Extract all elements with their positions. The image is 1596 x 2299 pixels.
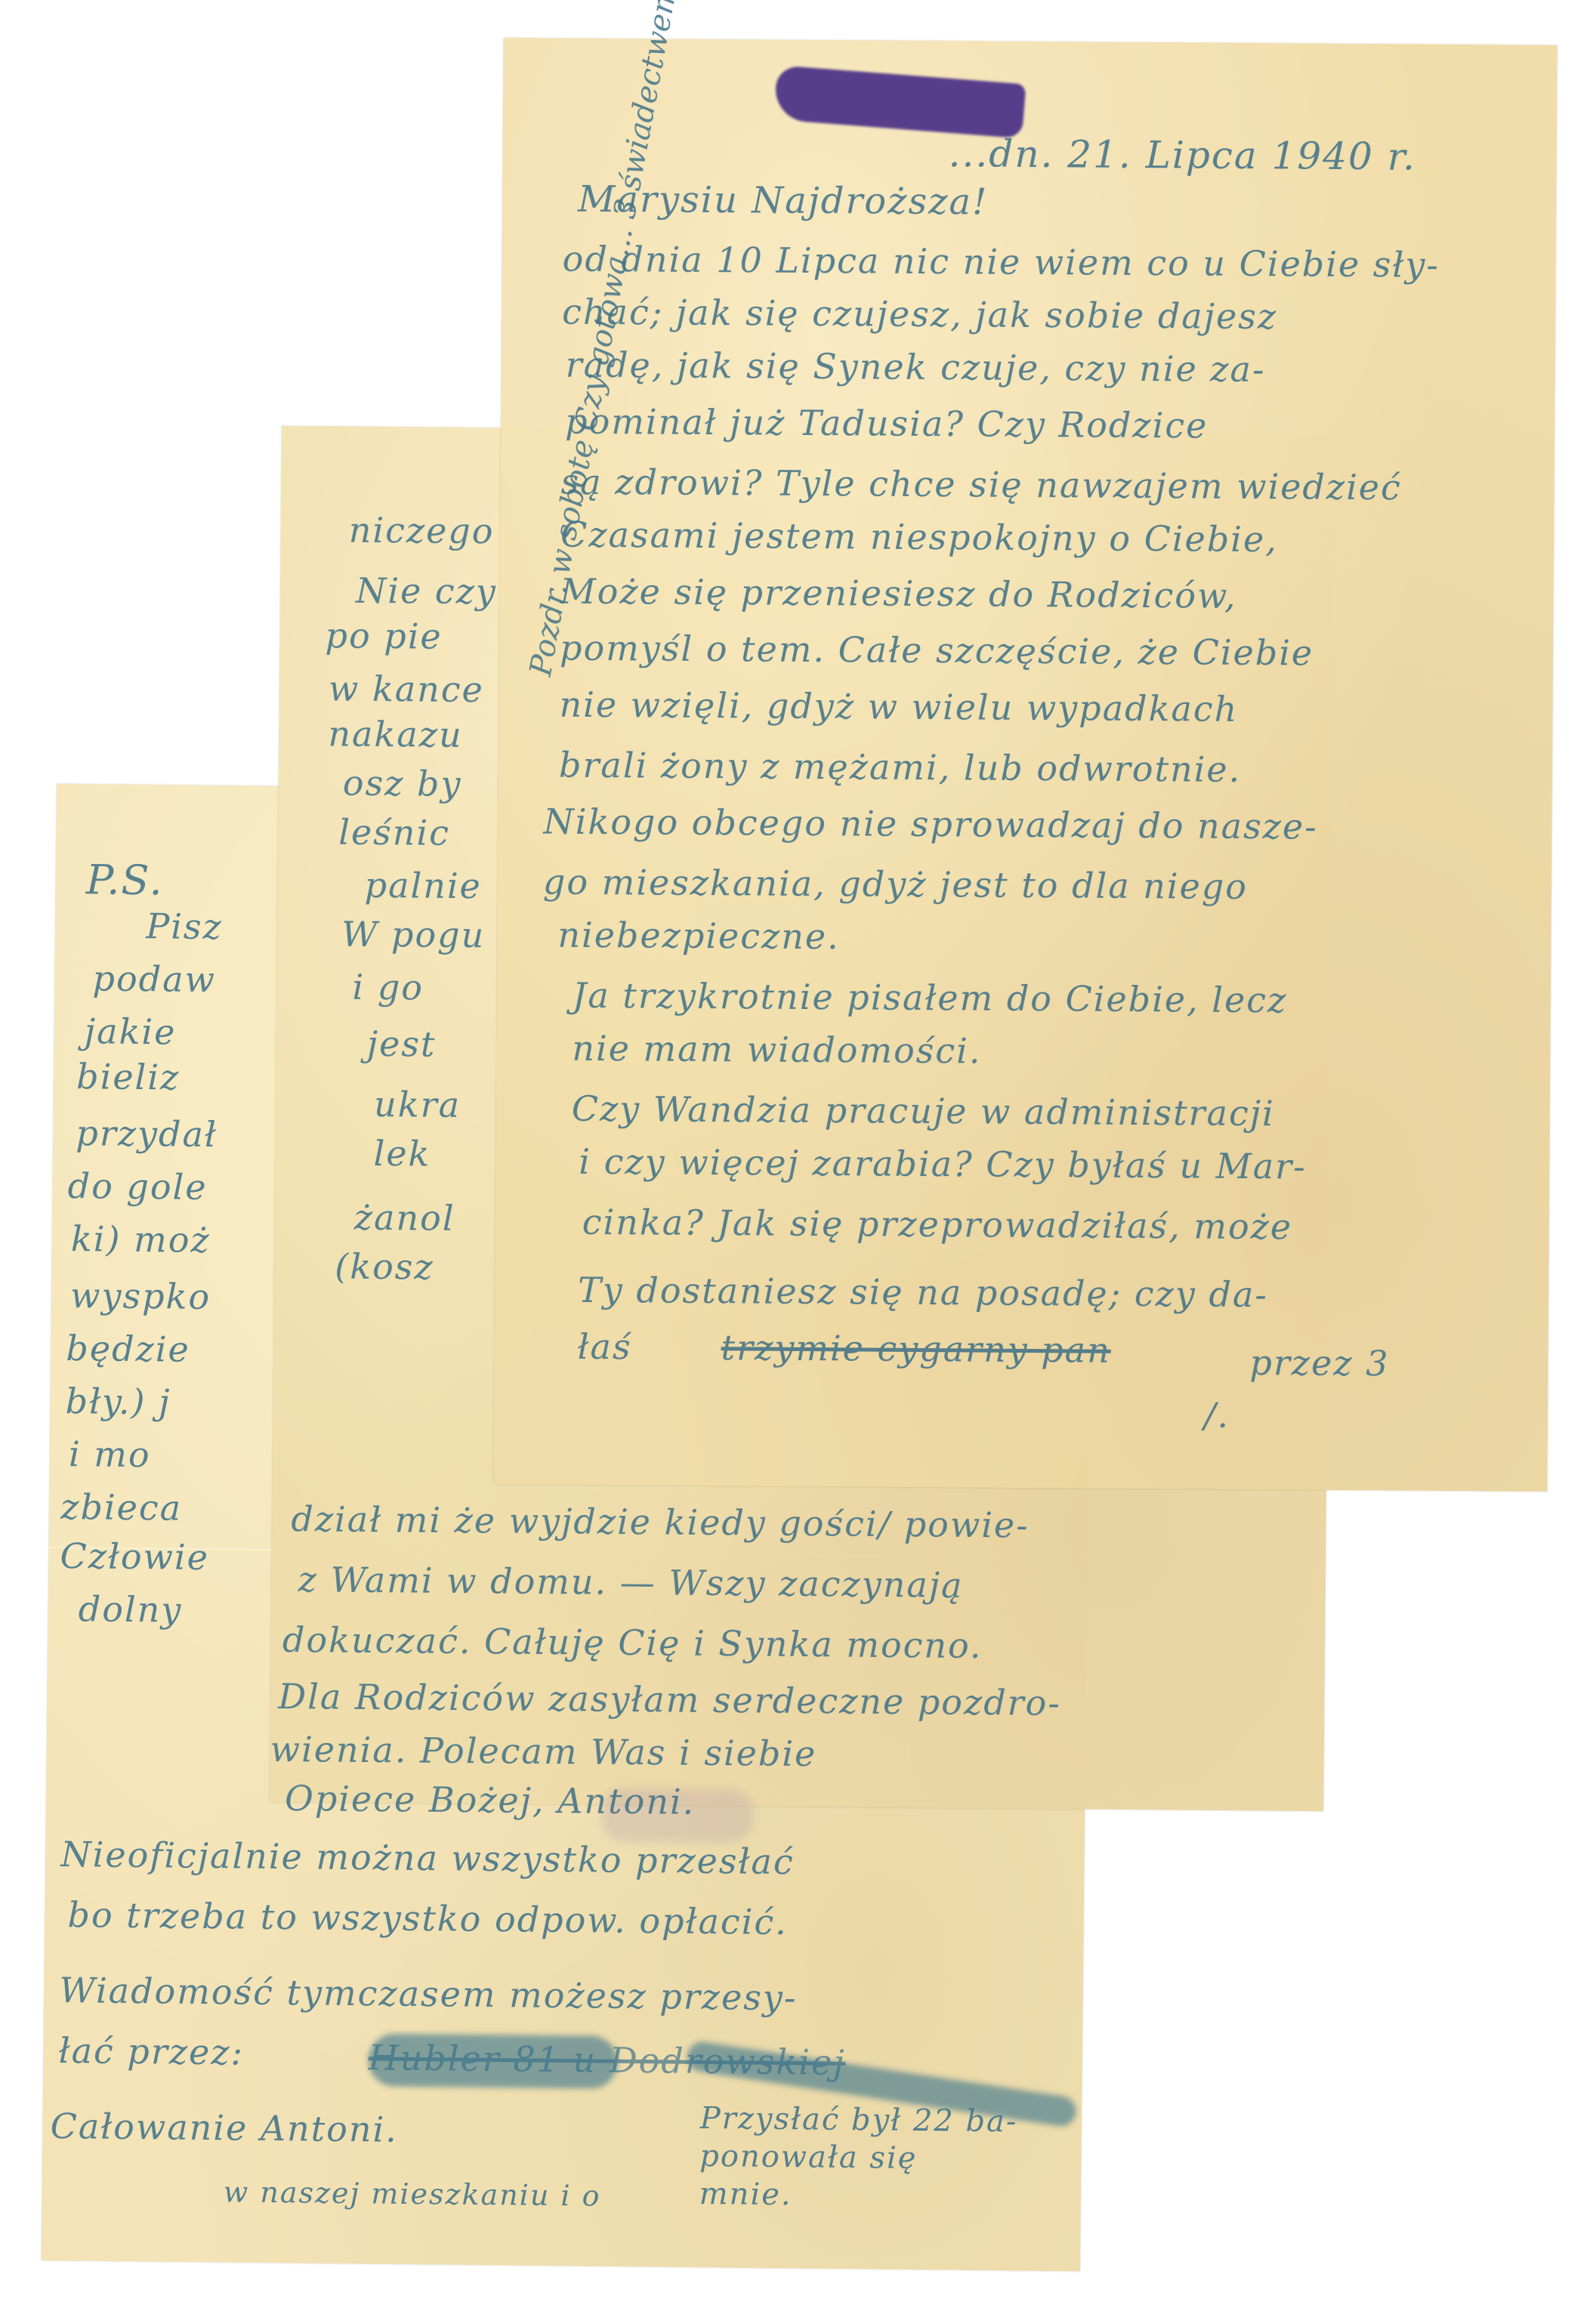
fragment: bieliz [76, 1056, 181, 1097]
censor-mark [773, 65, 1026, 138]
fragment: przydał [76, 1112, 218, 1155]
fragment: po pie [325, 615, 443, 656]
letter-line: łać przez: [58, 2030, 244, 2073]
fragment: (kosz [335, 1246, 434, 1288]
fragment: podaw [92, 958, 216, 1000]
letter-line: dokuczać. Całuję Cię i Synka mocno. [282, 1619, 983, 1666]
letter-line: niebezpieczne. [557, 915, 840, 958]
letter-line: mnie. [699, 2177, 792, 2212]
signature-line: Całowanie Antoni. [50, 2106, 398, 2150]
letter-line: bo trzeba to wszystko odpow. opłacić. [67, 1894, 788, 1943]
fragment: do gole [67, 1165, 207, 1208]
letter-line: Czasami jestem niespokojny o Ciebie, [560, 514, 1278, 560]
letter-line: Ty dostaniesz się na posadę; czy da- [578, 1270, 1268, 1315]
ps-heading: P.S. [86, 856, 164, 904]
letter-line: Przysłać był 22 ba- [700, 2101, 1018, 2139]
fragment: i go [352, 967, 424, 1008]
fragment: ki) moż [71, 1218, 211, 1261]
fragment: dolny [79, 1588, 183, 1630]
letter-line: ponowała się [699, 2139, 918, 2176]
letter-line: nie mam wiadomości. [572, 1028, 982, 1072]
letter-line: radę, jak się Synek czuje, czy nie za- [565, 344, 1265, 390]
fragment: jakie [85, 1011, 177, 1052]
letter-line: Dla Rodziców zasyłam serdeczne pozdro- [278, 1676, 1061, 1723]
fragment: leśnic [338, 812, 450, 853]
letter-line: od dnia 10 Lipca nic nie wiem co u Ciebi… [562, 239, 1440, 285]
letter-line: go mieszkania, gdyż jest to dla niego [543, 862, 1248, 908]
fragment: Człowie [60, 1535, 209, 1578]
letter-line: Czy Wandzia pracuje w administracji [572, 1088, 1275, 1134]
fragment: w kance [329, 668, 484, 711]
letter-line: chać; jak się czujesz, jak sobie dajesz [562, 292, 1277, 338]
letter-line: przez 3 [1249, 1342, 1389, 1384]
fragment: W pogu [341, 914, 486, 956]
letter-line: /. [1204, 1395, 1230, 1436]
fragment: i mo [69, 1433, 151, 1475]
letter-line: i czy więcej zarabia? Czy byłaś u Mar- [579, 1141, 1307, 1187]
letter-line: dział mi że wyjdzie kiedy gości/ powie- [291, 1498, 1030, 1546]
struck-text: trzymie cygarny pan [721, 1327, 1111, 1371]
letter-line: łaś [577, 1326, 631, 1368]
letter-line: są zdrowi? Tyle chce się nawzajem wiedzi… [560, 461, 1402, 508]
fragment: nakazu [328, 714, 463, 756]
letter-date: ...dn. 21. Lipca 1940 r. [948, 131, 1416, 178]
fragment: jest [367, 1023, 437, 1065]
fragment: Nie czy [356, 570, 497, 613]
letter-line: w naszej mieszkaniu i o [224, 2175, 601, 2212]
fragment: będzie [66, 1328, 190, 1370]
letter-line: wienia. Polecam Was i siebie [270, 1729, 817, 1774]
fragment: niczego [349, 510, 495, 552]
letter-line: Może się przeniesiesz do Rodziców, [560, 571, 1236, 616]
letter-line: nie wzięli, gdyż w wielu wypadkach [559, 684, 1238, 730]
fragment: lek [373, 1133, 431, 1174]
fragment: zbieca [60, 1486, 182, 1529]
letter-line: brali żony z mężami, lub odwrotnie. [559, 745, 1242, 790]
fragment: Pisz [146, 906, 223, 947]
letter-line: pomyśl o tem. Całe szczęście, że Ciebie [560, 628, 1314, 674]
letter-line: pominał już Tadusia? Czy Rodzice [565, 401, 1209, 446]
fragment: żanol [354, 1197, 455, 1239]
fragment: wyspko [70, 1275, 211, 1317]
ink-blot [368, 2033, 618, 2088]
letter-line: z Wami w domu. — Wszy zaczynają [298, 1559, 963, 1606]
letter-line: Ja trzykrotnie pisałem do Ciebie, lecz [573, 975, 1288, 1021]
letter-line: cinka? Jak się przeprowadziłaś, może [582, 1202, 1293, 1248]
fragment: palnie [364, 865, 482, 906]
letter-line: Wiadomość tymczasem możesz przesy- [59, 1970, 797, 2018]
fragment: ukra [374, 1084, 461, 1125]
signature-line: Opiece Bożej, Antoni. [285, 1778, 696, 1822]
salutation: Marysiu Najdroższa! [578, 178, 989, 224]
fragment: bły.) j [65, 1381, 171, 1422]
letter-line: Nikogo obcego nie sprowadzaj do nasze- [543, 801, 1318, 847]
fragment: osz by [343, 763, 462, 804]
letter-sheet-top: Pozdr. w sobotę Czy gotowa... 3 świadect… [493, 38, 1557, 1492]
